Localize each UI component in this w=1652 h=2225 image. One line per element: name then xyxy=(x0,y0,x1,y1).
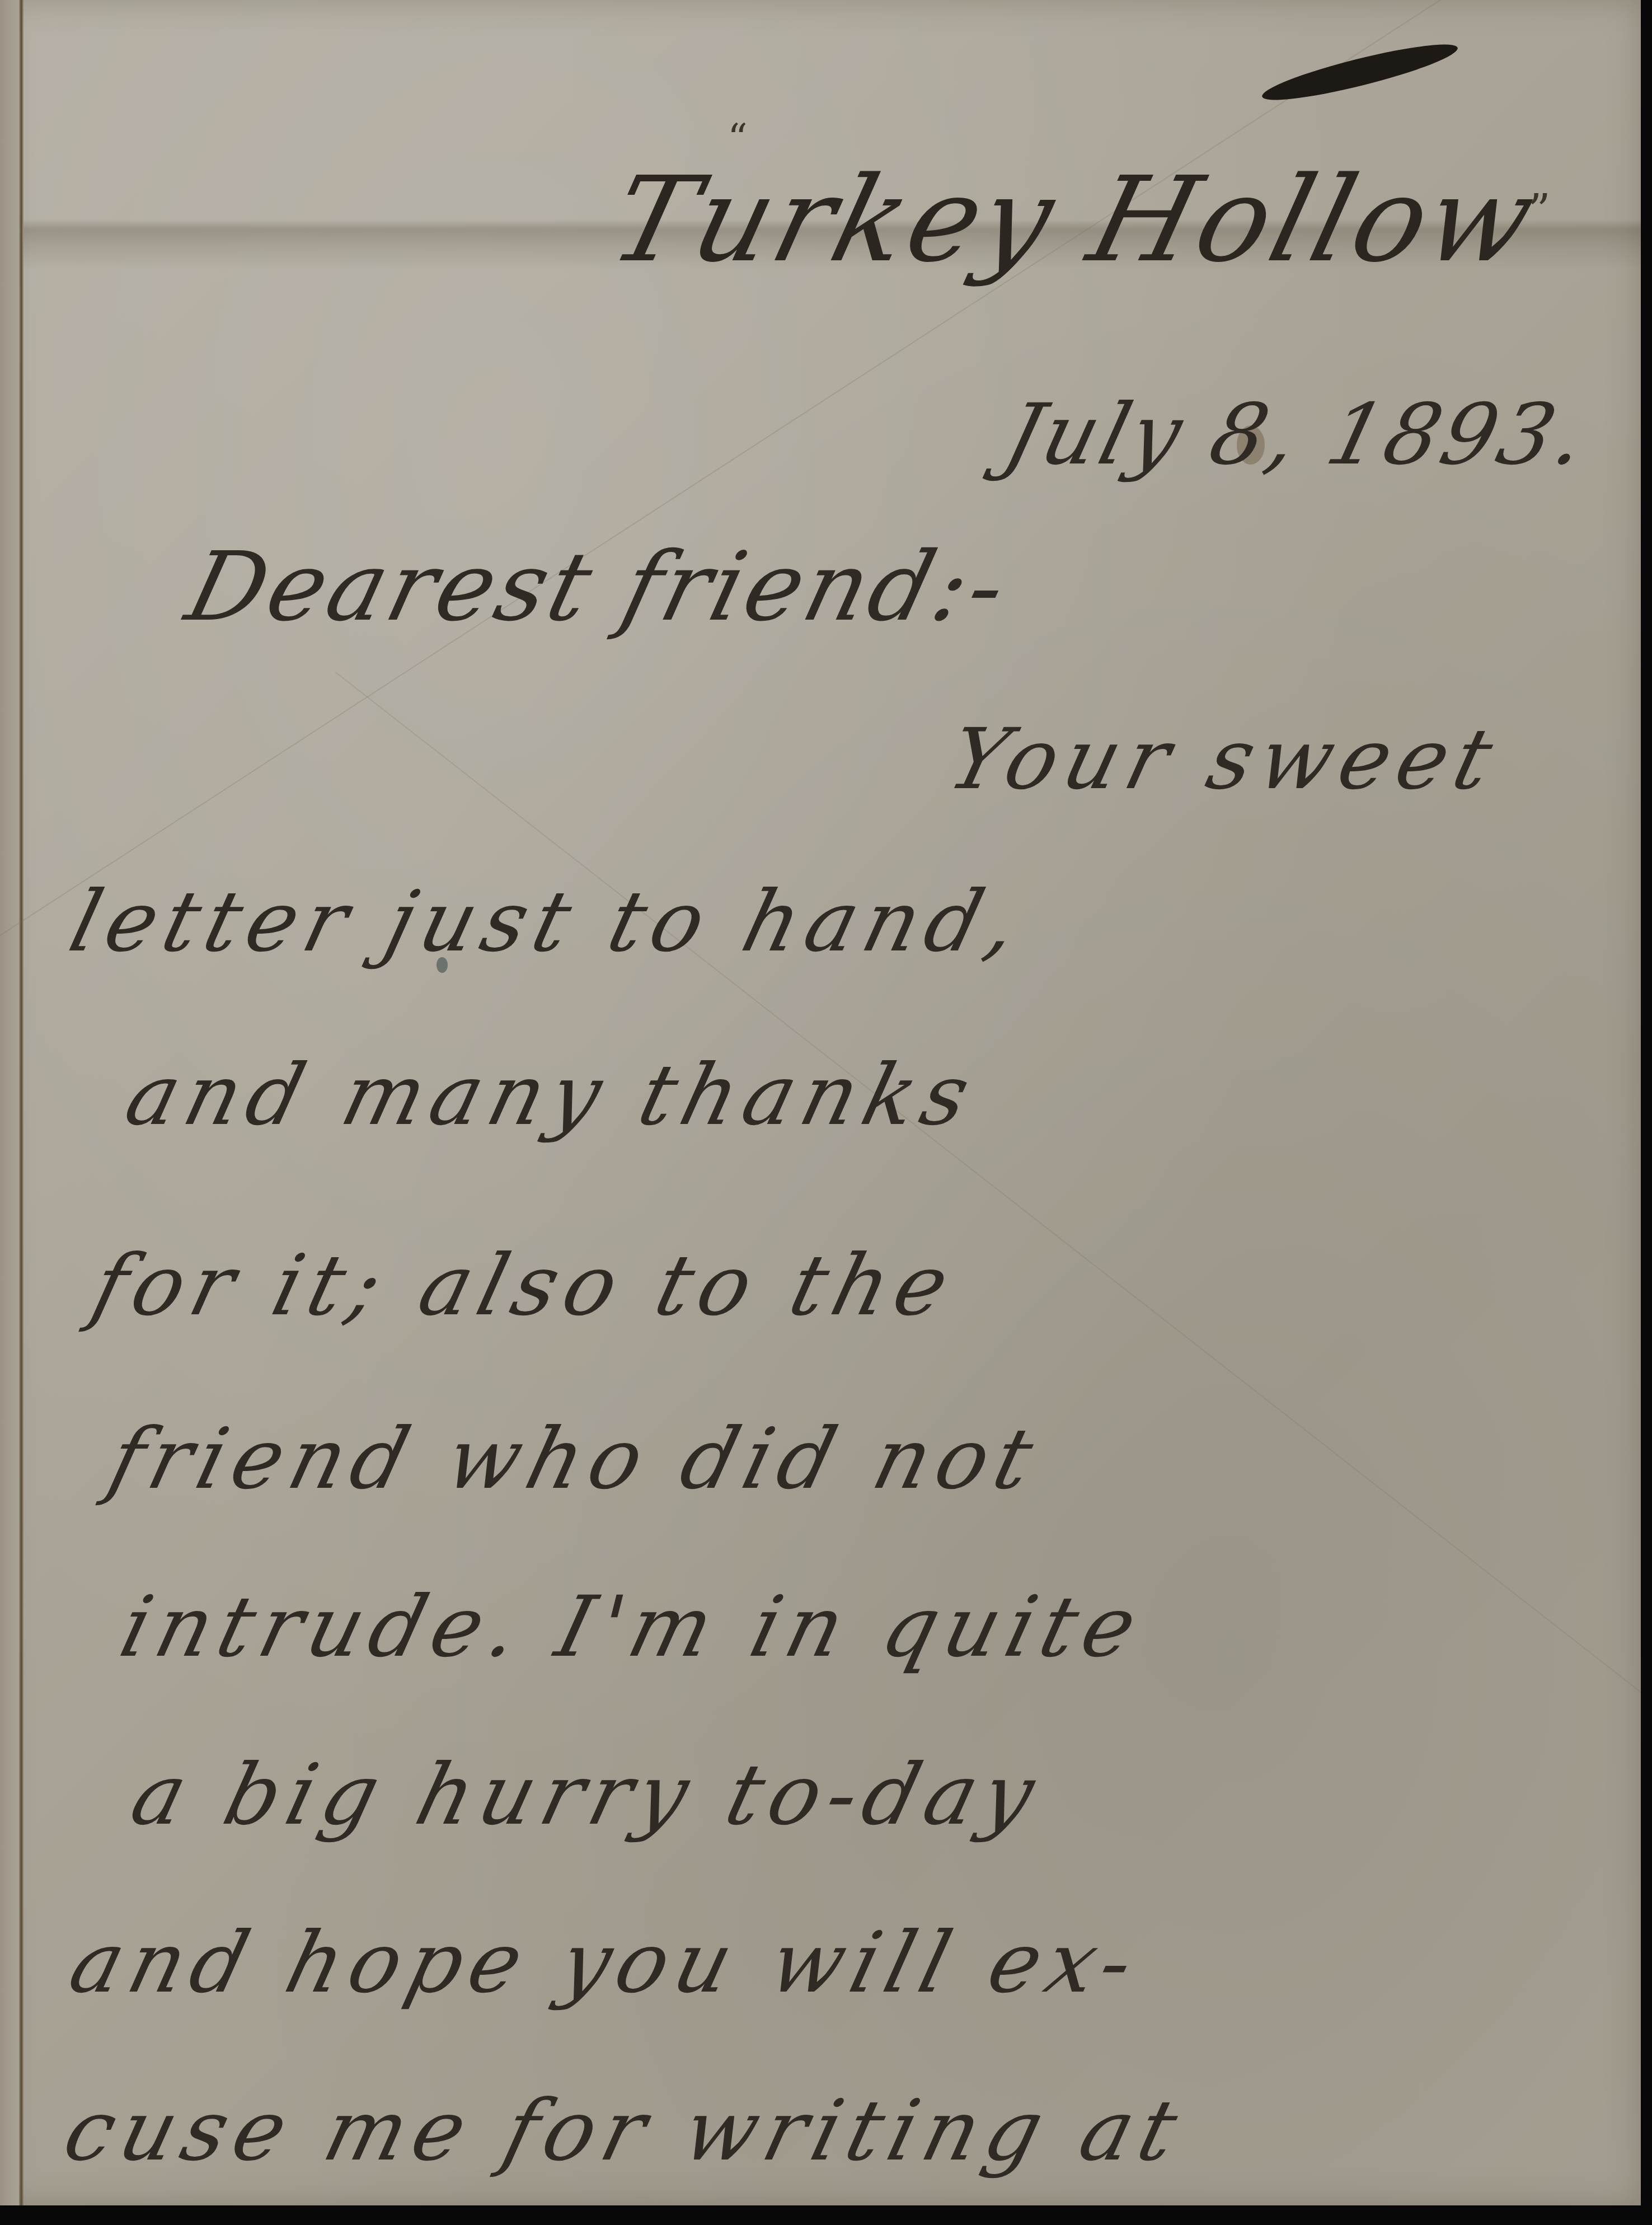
body-line: Your sweet xyxy=(939,711,1509,808)
binding-fold-line xyxy=(19,0,24,2205)
body-line: cuse me for writing at xyxy=(55,2082,1194,2180)
letter-date: July 8, 1893. xyxy=(995,386,1599,484)
right-dark-edge xyxy=(1641,0,1652,2225)
letter-heading-place: Turkey Hollow xyxy=(598,151,1551,288)
body-line: for it; also to the xyxy=(83,1237,965,1334)
body-line: a big hurry to-day xyxy=(122,1746,1052,1844)
bottom-dark-edge xyxy=(0,2205,1652,2225)
body-line: and many thanks xyxy=(116,1047,987,1144)
body-line: letter just to hand, xyxy=(60,873,1035,971)
letter-salutation: Dearest friend:- xyxy=(176,532,1020,643)
adjacent-page-edge xyxy=(0,0,19,2205)
body-line: intrude. I'm in quite xyxy=(111,1578,1153,1676)
flourish-swash-icon xyxy=(1259,35,1461,110)
letter-page: “ Turkey Hollow ” July 8, 1893. Dearest … xyxy=(0,0,1641,2205)
close-quote-mark: ” xyxy=(1528,185,1551,237)
body-line: and hope you will ex- xyxy=(60,1914,1150,2012)
body-line: friend who did not xyxy=(100,1411,1050,1508)
